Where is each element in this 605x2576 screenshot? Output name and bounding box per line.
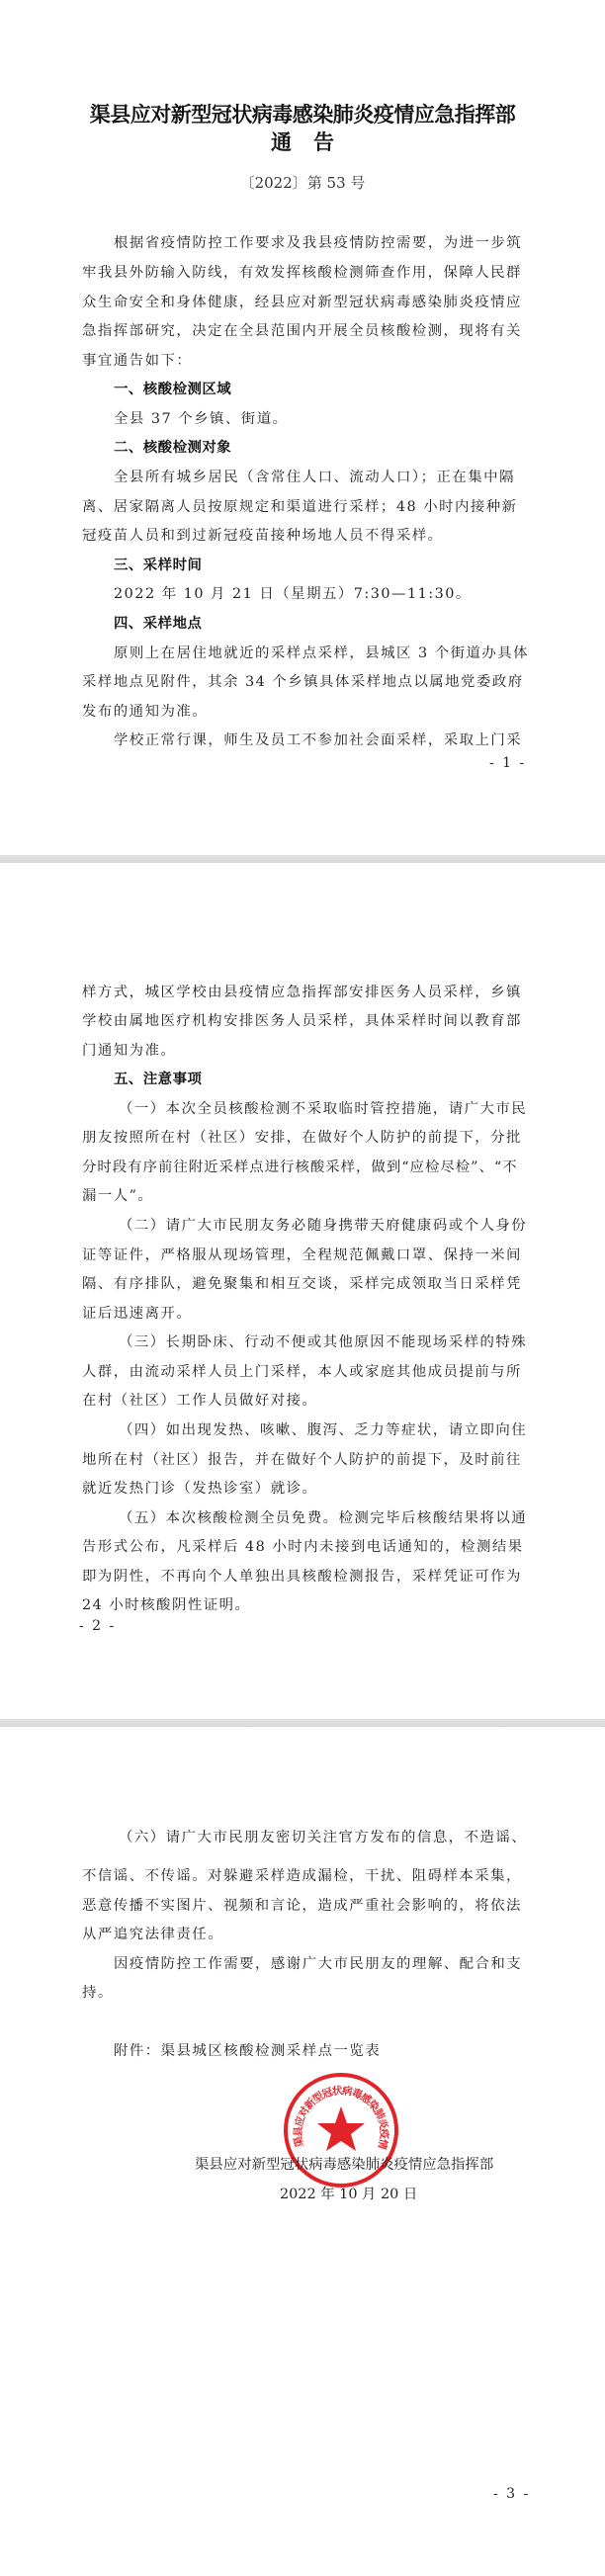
page-1: 渠县应对新型冠状病毒感染肺炎疫情应急指挥部 通告 〔2022〕第 53 号 根据…: [0, 0, 605, 855]
paragraph-line: （三）长期卧床、行动不便或其他原因不能现场采样的特殊: [119, 1332, 525, 1352]
signature-issuer: 渠县应对新型冠状病毒感染肺炎疫情应急指挥部: [195, 2153, 493, 2174]
section-heading-3: 三、采样时间: [114, 556, 525, 575]
paragraph-line: （五）本次核酸检测全员免费。检测完毕后核酸结果将以通: [119, 1508, 525, 1528]
paragraph-line: 证等证件，严格服从现场管理，全程规范佩戴口罩、保持一米间: [82, 1245, 525, 1265]
paragraph-line: 样方式，城区学校由县疫情应急指挥部安排医务人员采样，乡镇: [82, 983, 525, 1002]
paragraph-line: 根据省疫情防控工作要求及我县疫情防控需要，为进一步筑: [114, 233, 525, 253]
paragraph-line: 因疫情防控工作需要，感谢广大市民朋友的理解、配合和支: [114, 1954, 525, 1974]
paragraph-line: 牢我县外防输入防线，有效发挥核酸检测筛查作用，保障人民群: [82, 263, 525, 283]
paragraph-line: 从严追究法律责任。: [82, 1925, 525, 1944]
page-number: - 1 -: [489, 755, 526, 771]
paragraph-line: 24 小时核酸阴性证明。: [82, 1595, 525, 1615]
paragraph-line: 就近发热门诊（发热诊室）就诊。: [82, 1479, 525, 1499]
paragraph-line: 即为阴性，不再向个人单独出具核酸检测报告，采样凭证可作为: [82, 1567, 525, 1587]
paragraph-line: 学校正常行课，师生及员工不参加社会面采样，采取上门采: [114, 730, 525, 750]
paragraph-line: （二）请广大市民朋友务必随身携带天府健康码或个人身份: [119, 1216, 525, 1236]
paragraph-line: 学校由属地医疗机构安排医务人员采样，具体采样时间以教育部: [82, 1011, 525, 1031]
paragraph-line: 持。: [82, 1983, 525, 2003]
paragraph-line: 恶意传播不实图片、视频和言论，造成严重社会影响的，将依法: [82, 1896, 525, 1916]
attachment-line: 附件：渠县城区核酸检测采样点一览表: [114, 2041, 525, 2061]
paragraph-line: 急指挥部研究，决定在全县范围内开展全员核酸检测，现将有关: [82, 321, 525, 341]
page-number: - 3 -: [493, 2486, 530, 2502]
paragraph-line: （六）请广大市民朋友密切关注官方发布的信息，不造谣、: [119, 1828, 525, 1847]
doc-title-line1: 渠县应对新型冠状病毒感染肺炎疫情应急指挥部: [0, 99, 605, 129]
paragraph-line: 在村（社区）工作人员做好对接。: [82, 1391, 525, 1411]
section-heading-2: 二、核酸检测对象: [114, 438, 525, 458]
paragraph-line: 冠疫苗人员和到过新冠疫苗接种场地人员不得采样。: [82, 526, 525, 546]
paragraph-line: 发布的通知为准。: [82, 702, 525, 722]
paragraph-line: 证后迅速离开。: [82, 1304, 525, 1324]
section-heading-5: 五、注意事项: [114, 1070, 525, 1089]
paragraph-line: 全县 37 个乡镇、街道。: [114, 409, 525, 429]
paragraph-line: （一）本次全员核酸检测不采取临时管控措施，请广大市民: [119, 1099, 525, 1119]
paragraph-line: 人群，由流动采样人员上门采样，本人或家庭其他成员提前与所: [82, 1362, 525, 1382]
page-separator: [0, 1719, 605, 1727]
page-separator: [0, 855, 605, 863]
signature-date: 2022 年 10 月 20 日: [280, 2183, 417, 2203]
page-number: - 2 -: [79, 1618, 116, 1634]
paragraph-line: 门通知为准。: [82, 1041, 525, 1061]
paragraph-line: 告形式公布，凡采样后 48 小时内未接到电话通知的，检测结果: [82, 1537, 525, 1557]
paragraph-line: 隔、有序排队，避免聚集和相互交谈，采样完成领取当日采样凭: [82, 1274, 525, 1294]
paragraph-line: 分时段有序前往附近采样点进行核酸采样，做到“应检尽检”、“不: [82, 1158, 525, 1177]
paragraph-line: 采样地点见附件，其余 34 个乡镇具体采样地点以属地党委政府: [82, 672, 525, 692]
paragraph-line: 不信谣、不传谣。对躲避采样造成漏检，干扰、阻碍样本采集，: [82, 1866, 525, 1886]
paragraph-line: （四）如出现发热、咳嗽、腹泻、乏力等症状，请立即向住: [119, 1420, 525, 1440]
paragraph-line: 众生命安全和身体健康，经县应对新型冠状病毒感染肺炎疫情应: [82, 293, 525, 312]
doc-title-line2: 通告: [0, 127, 605, 156]
section-heading-4: 四、采样地点: [114, 614, 525, 634]
doc-number: 〔2022〕第 53 号: [0, 172, 605, 193]
paragraph-line: 地所在村（社区）报告，并在做好个人防护的前提下，及时前往: [82, 1450, 525, 1470]
paragraph-line: 漏一人”。: [82, 1186, 525, 1206]
paragraph-line: 2022 年 10 月 21 日（星期五）7:30—11:30。: [114, 584, 525, 604]
paragraph-line: 事宜通告如下：: [82, 351, 525, 371]
paragraph-line: 原则上在居住地就近的采样点采样，县城区 3 个街道办具体: [114, 644, 525, 663]
paragraph-line: 全县所有城乡居民（含常住人口、流动人口）；正在集中隔: [114, 468, 525, 487]
paragraph-line: 朋友按照所在村（社区）安排，在做好个人防护的前提下，分批: [82, 1128, 525, 1148]
section-heading-1: 一、核酸检测区域: [114, 380, 525, 399]
paragraph-line: 离、居家隔离人员按原规定和渠道进行采样；48 小时内接种新: [82, 497, 525, 517]
page-2: 样方式，城区学校由县疫情应急指挥部安排医务人员采样，乡镇 学校由属地医疗机构安排…: [0, 863, 605, 1719]
